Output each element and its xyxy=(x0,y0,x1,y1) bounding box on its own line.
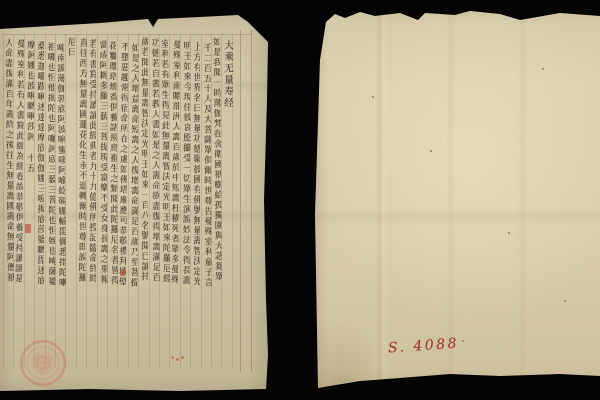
red-correction-mark xyxy=(120,270,125,276)
sutra-text-column: 若有書寫受持讀誦此經典者九十九億佛所授記臨命終時 xyxy=(87,39,96,284)
sutra-text-column: 千二百五十人及大菩薩眾俱爾時世尊告曼殊室利童子言 xyxy=(201,43,211,288)
sutra-text-column: 人命盡復滿百年壽終之後往生無量壽國壽命無量阿僧祇 xyxy=(3,38,14,283)
sutra-text-column: 花鬘瓔珞燒香供養諸飛鳥畜生之類聞此陀羅尼名者皆得 xyxy=(107,41,118,286)
sutra-text-column: 歲若聞此無量壽智決定光明王如來一百八名號聞已誦持 xyxy=(139,37,148,282)
sutra-text-column: 功德若自書若教人書如是之人壽命欲盡復得增壽滿足百 xyxy=(149,38,159,283)
paper-speck xyxy=(542,68,544,70)
top-margin-rule xyxy=(2,34,252,35)
sutra-text-column: 如是我聞一時薄伽梵在舍衛國祇樹給孤獨園與大苾芻眾 xyxy=(211,37,222,282)
sutra-text-column: 曼殊室利若有人書寫此經為經卷故恭敬供養受持讀誦是 xyxy=(13,39,24,284)
red-correction-mark xyxy=(25,224,31,233)
red-punctuation-dot xyxy=(176,358,179,361)
red-punctuation-dot xyxy=(181,356,184,359)
paper-speck xyxy=(430,150,432,152)
manuscript-photo: 大乘无量寿经 如是我聞一時薄伽梵在舍衛國祇樹給孤獨園與大苾芻眾千二百五十人及大菩… xyxy=(0,0,600,400)
sutra-title: 大乘无量寿经 xyxy=(222,40,232,109)
sutra-text-column: 室利若有眾生得見此無量壽智決定光明王如來陀羅尼經 xyxy=(159,39,170,284)
paper-speck xyxy=(372,96,374,98)
sutra-text-column: 唵南謨薄伽勃底阿波唎蜜哆阿喻紇硯娜輸毘儞悉指陀喇 xyxy=(55,43,66,288)
paper-speck xyxy=(462,340,464,342)
column-rule xyxy=(65,34,66,368)
margin-rule xyxy=(240,30,241,372)
sutra-text-column: 明王如來今現住彼哀愍攝受一切眾生演說妙法令得長壽 xyxy=(180,41,190,286)
sutra-text-column: 祖囉也怛他揭陀也阿囉訶底三藐三菩陀也怛姪也唵薩婆 xyxy=(45,42,55,287)
red-punctuation-dot xyxy=(171,356,174,359)
stein-catalog-number: S. 4088 xyxy=(388,336,460,357)
red-seal-stamp-icon xyxy=(20,340,66,386)
sutra-text-column: 曼殊室利南贍部洲人壽百歲於中短壽枉橫死者眾多曼殊 xyxy=(169,40,180,285)
sutra-text-column: 不墮惡趣常得宿命所在之處如佛塔廟應可恭敬禮拜墻壁 xyxy=(117,42,128,287)
sutra-text-column: 如是之人增益壽命短壽之人復增壽命滿足百歲乃至菩提 xyxy=(128,43,138,288)
sutra-text-column: 直往西方無量壽國蓮花化生永不退轉爾時世尊即說陀羅 xyxy=(76,38,86,283)
sutra-text-column: 當成阿耨多羅三藐三菩提現受富樂不受女身長壽之果報 xyxy=(97,40,107,285)
sutra-text-column: 桑悉迦囉跋唎述達達摩底伽伽娜三嗚揭底莎婆嚩毘述底 xyxy=(35,41,44,286)
sutra-text-column: 尼曰 xyxy=(66,37,75,57)
paper-speck xyxy=(508,232,510,234)
sutra-text-column: 摩訶娜也波唎嚩唎莎訶 十五 xyxy=(25,40,35,174)
sutra-text-column: 上方有世界名曰無量功德聚彼國有佛號無量壽智決定光 xyxy=(191,42,200,287)
paper-speck xyxy=(564,300,566,302)
left-manuscript-leaf: 大乘无量寿经 如是我聞一時薄伽梵在舍衛國祇樹給孤獨園與大苾芻眾千二百五十人及大菩… xyxy=(0,0,270,400)
right-manuscript-leaf: S. 4088 xyxy=(312,0,600,400)
margin-rule xyxy=(251,30,252,372)
